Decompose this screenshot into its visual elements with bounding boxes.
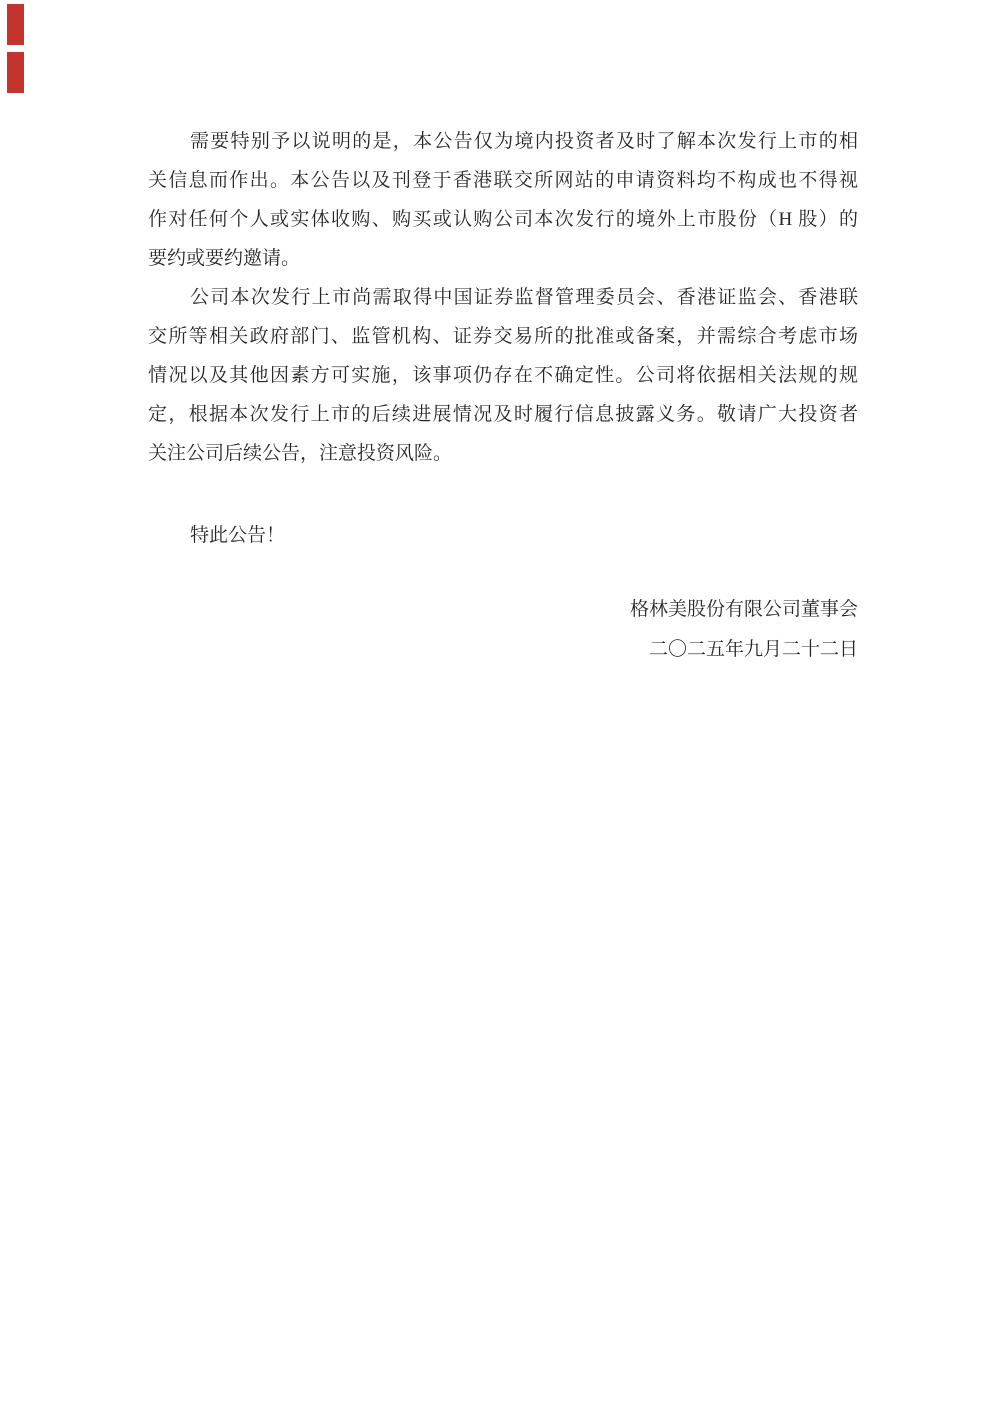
text-line: 作对任何个人或实体收购、购买或认购公司本次发行的境外上市股份（H 股）的 — [148, 200, 858, 239]
signature-block: 格林美股份有限公司董事会 二〇二五年九月二十二日 — [148, 590, 858, 670]
text-line: 关注公司后续公告，注意投资风险。 — [148, 434, 858, 473]
signature-date: 二〇二五年九月二十二日 — [148, 630, 858, 670]
red-stamp-mark — [7, 52, 24, 93]
paragraph-disclaimer: 需要特别予以说明的是，本公告仅为境内投资者及时了解本次发行上市的相关信息而作出。… — [148, 122, 858, 278]
document-page: 需要特别予以说明的是，本公告仅为境内投资者及时了解本次发行上市的相关信息而作出。… — [0, 0, 1000, 1414]
text-line: 交所等相关政府部门、监管机构、证券交易所的批准或备案，并需综合考虑市场 — [148, 317, 858, 356]
closing-statement: 特此公告！ — [148, 516, 858, 555]
corner-stamp-marks — [7, 4, 27, 96]
document-body: 需要特别予以说明的是，本公告仅为境内投资者及时了解本次发行上市的相关信息而作出。… — [148, 122, 858, 670]
text-line: 情况以及其他因素方可实施，该事项仍存在不确定性。公司将依据相关法规的规 — [148, 356, 858, 395]
text-line: 关信息而作出。本公告以及刊登于香港联交所网站的申请资料均不构成也不得视 — [148, 161, 858, 200]
paragraph-approval-risk: 公司本次发行上市尚需取得中国证券监督管理委员会、香港证监会、香港联交所等相关政府… — [148, 278, 858, 473]
text-line: 需要特别予以说明的是，本公告仅为境内投资者及时了解本次发行上市的相 — [148, 122, 858, 161]
text-line: 公司本次发行上市尚需取得中国证券监督管理委员会、香港证监会、香港联 — [148, 278, 858, 317]
text-line: 定，根据本次发行上市的后续进展情况及时履行信息披露义务。敬请广大投资者 — [148, 395, 858, 434]
text-line: 要约或要约邀请。 — [148, 239, 858, 278]
red-stamp-mark — [7, 4, 24, 45]
signature-company: 格林美股份有限公司董事会 — [148, 590, 858, 630]
